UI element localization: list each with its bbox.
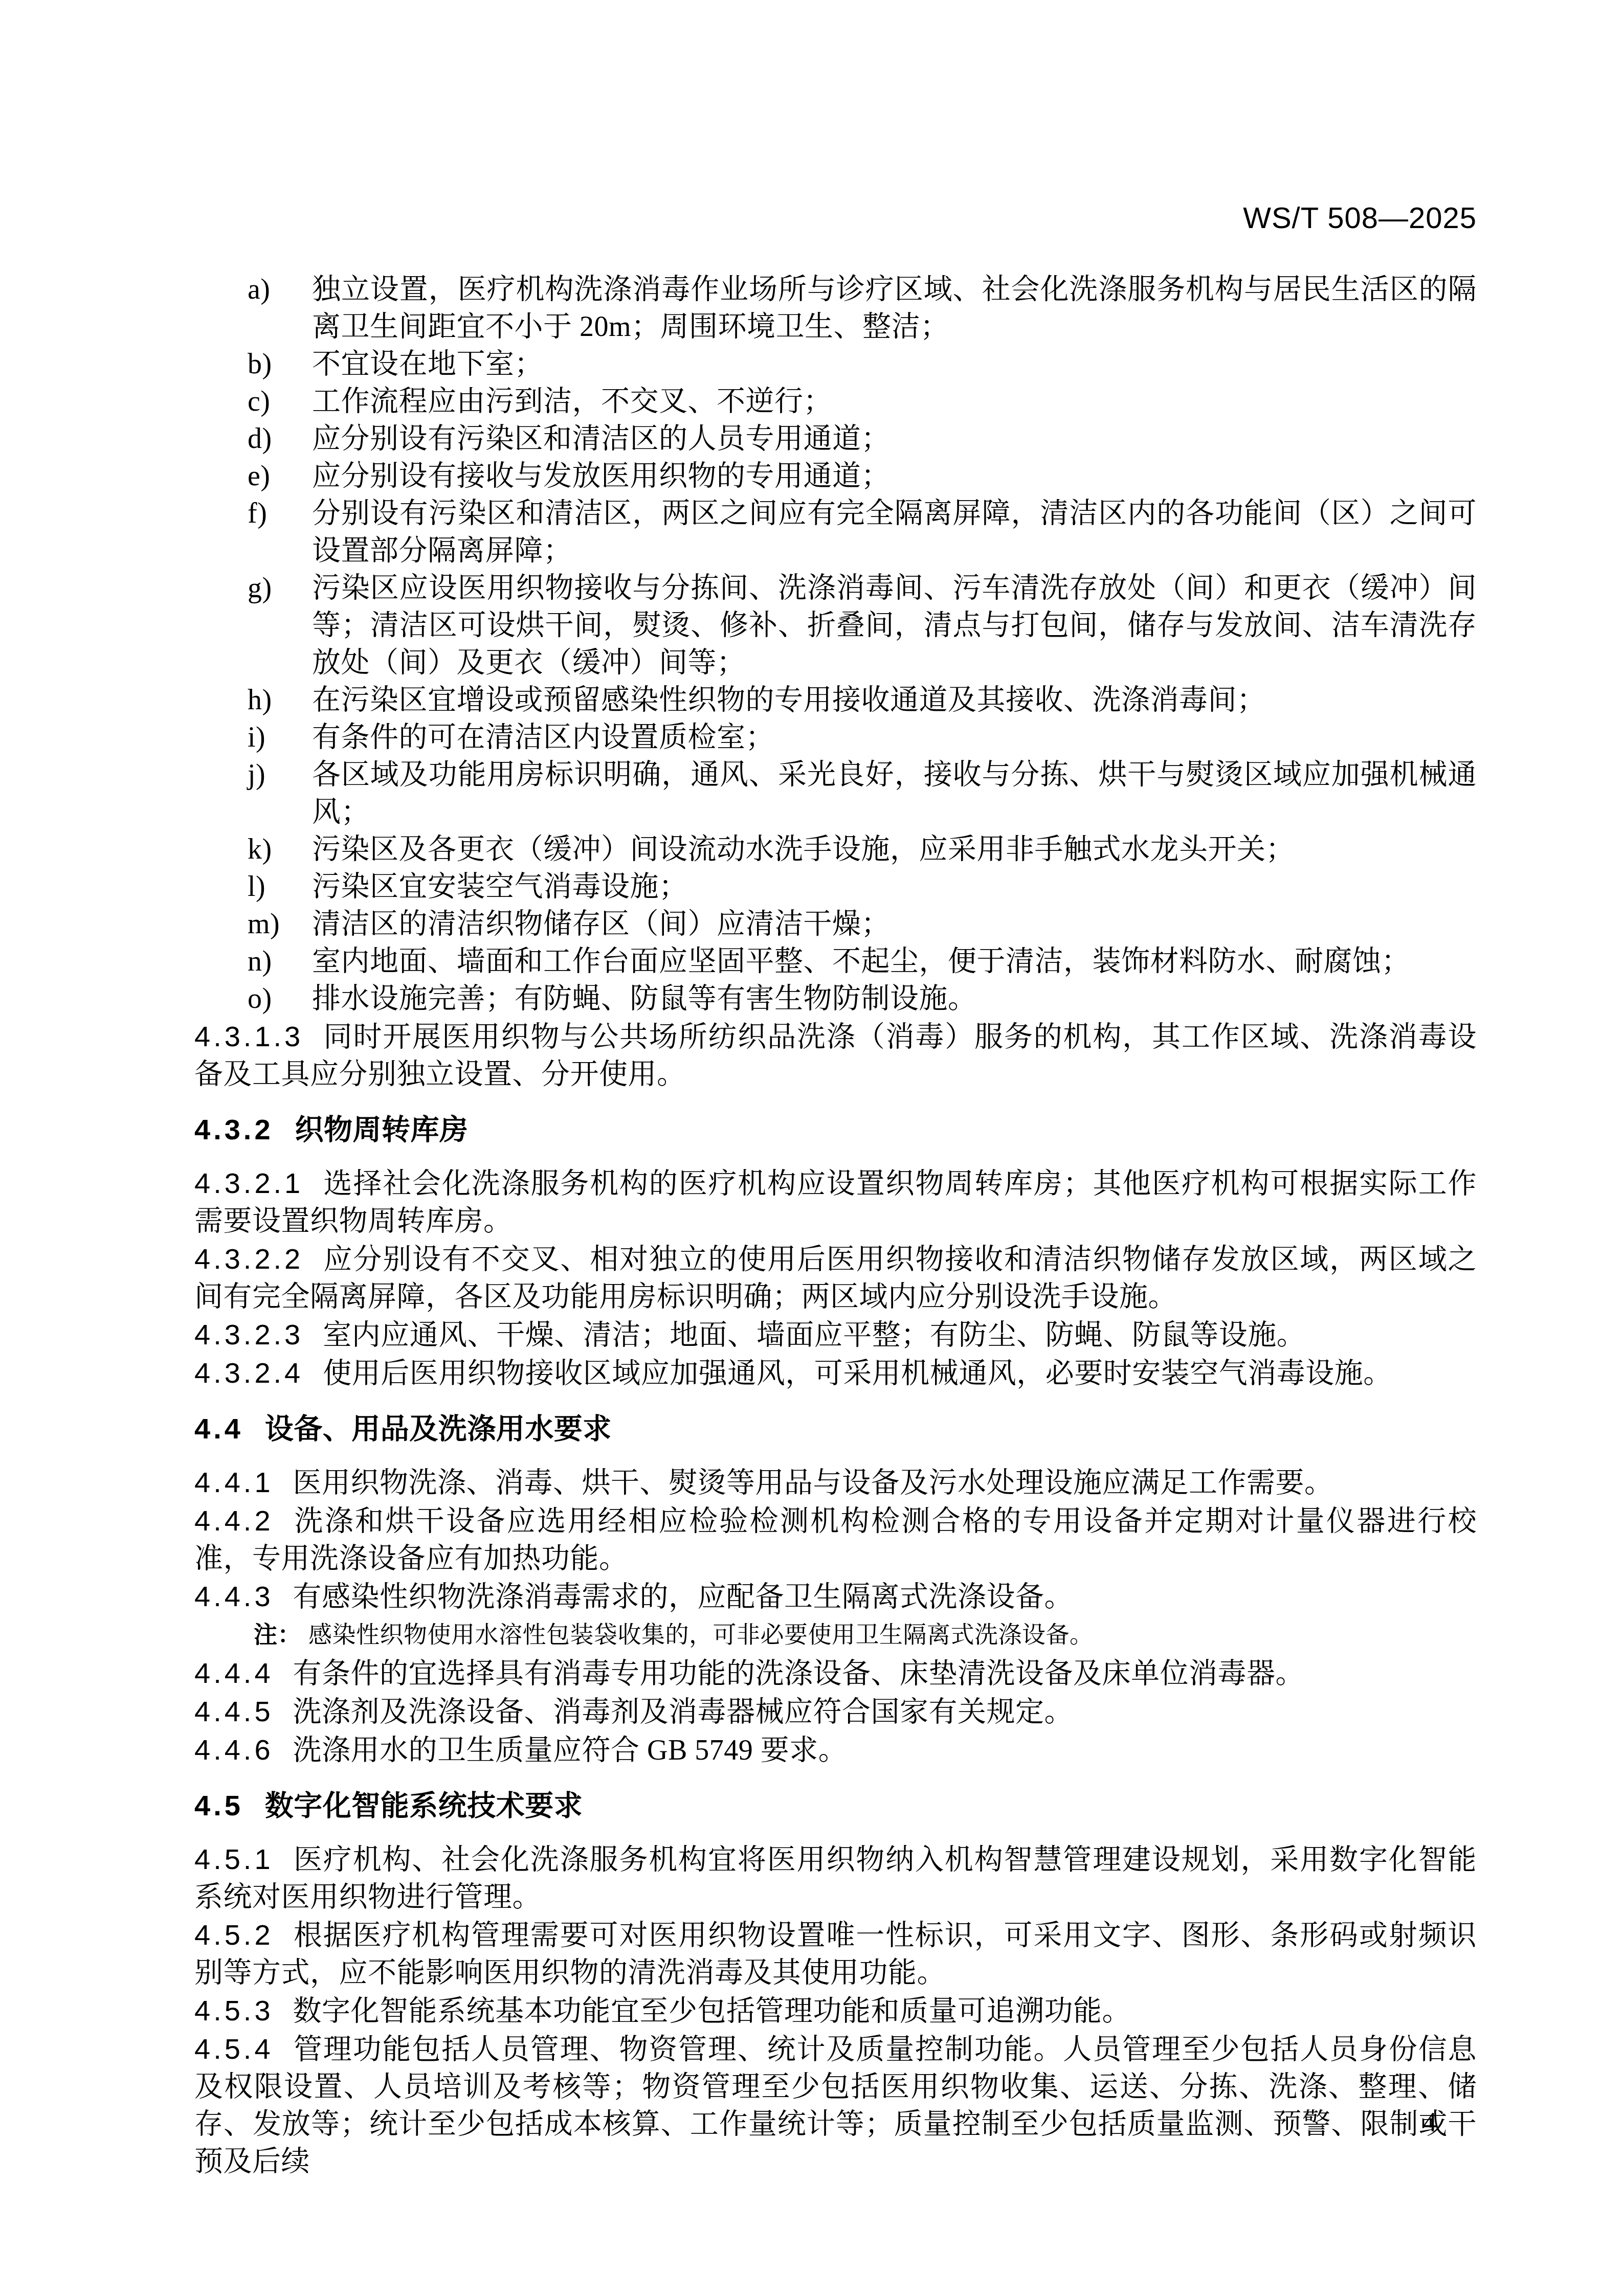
clause-text: 根据医疗机构管理需要可对医用织物设置唯一性标识，可采用文字、图形、条形码或射频识… xyxy=(194,1920,1477,1989)
list-item-text: 在污染区宜增设或预留感染性织物的专用接收通道及其接收、洗涤消毒间； xyxy=(312,684,1266,716)
list-item-d: d)应分别设有污染区和清洁区的人员专用通道； xyxy=(194,420,1477,458)
list-marker: k) xyxy=(248,831,272,868)
heading-number: 4.4 xyxy=(194,1412,243,1445)
clause-4-3-2-1: 4.3.2.1选择社会化洗涤服务机构的医疗机构应设置织物周转库房；其他医疗机构可… xyxy=(194,1164,1477,1240)
list-item-a: a)独立设置，医疗机构洗涤消毒作业场所与诊疗区域、社会化洗涤服务机构与居民生活区… xyxy=(194,271,1477,346)
list-item-n: n)室内地面、墙面和工作台面应坚固平整、不起尘，便于清洁，装饰材料防水、耐腐蚀； xyxy=(194,943,1477,980)
list-marker: h) xyxy=(248,682,272,719)
list-marker: a) xyxy=(248,271,271,308)
page-number: 4 xyxy=(1423,2108,1437,2136)
list-marker: o) xyxy=(248,980,272,1018)
list-marker: m) xyxy=(248,906,280,943)
list-item-k: k)污染区及各更衣（缓冲）间设流动水洗手设施，应采用非手触式水龙头开关； xyxy=(194,831,1477,868)
list-item-e: e)应分别设有接收与发放医用织物的专用通道； xyxy=(194,458,1477,495)
clause-number: 4.3.2.3 xyxy=(194,1318,303,1350)
list-marker: c) xyxy=(248,383,271,420)
clause-text: 使用后医用织物接收区域应加强通风，可采用机械通风，必要时安装空气消毒设施。 xyxy=(323,1358,1392,1389)
clause-4-5-3: 4.5.3数字化智能系统基本功能宜至少包括管理功能和质量可追溯功能。 xyxy=(194,1992,1477,2030)
heading-title: 织物周转库房 xyxy=(295,1113,469,1145)
clause-number: 4.4.3 xyxy=(194,1580,274,1612)
clause-number: 4.4.6 xyxy=(194,1734,274,1766)
clause-text: 有感染性织物洗涤消毒需求的，应配备卫生隔离式洗涤设备。 xyxy=(293,1581,1074,1613)
list-marker: g) xyxy=(248,570,272,607)
standard-code: WS/T 508—2025 xyxy=(1243,201,1477,235)
list-item-m: m)清洁区的清洁织物储存区（间）应清洁干燥； xyxy=(194,906,1477,943)
list-item-text: 清洁区的清洁织物储存区（间）应清洁干燥； xyxy=(312,908,890,940)
page: WS/T 508—2025 a)独立设置，医疗机构洗涤消毒作业场所与诊疗区域、社… xyxy=(194,200,1477,2180)
clause-text: 医疗机构、社会化洗涤服务机构宜将医用织物纳入机构智慧管理建设规划，采用数字化智能… xyxy=(194,1844,1477,1913)
list-item-text: 室内地面、墙面和工作台面应坚固平整、不起尘，便于清洁，装饰材料防水、耐腐蚀； xyxy=(312,946,1410,977)
heading-4-4: 4.4设备、用品及洗涤用水要求 xyxy=(194,1410,1477,1447)
list-item-text: 工作流程应由污到洁，不交叉、不逆行； xyxy=(312,386,832,417)
clause-4-5-2: 4.5.2根据医疗机构管理需要可对医用织物设置唯一性标识，可采用文字、图形、条形… xyxy=(194,1916,1477,1992)
document-page: { "document": { "standard_code": "WS/T 5… xyxy=(0,0,1624,2296)
list-item-text: 应分别设有接收与发放医用织物的专用通道； xyxy=(312,460,890,492)
list-item-f: f)分别设有污染区和清洁区，两区之间应有完全隔离屏障，清洁区内的各功能间（区）之… xyxy=(194,495,1477,570)
clause-number: 4.5.2 xyxy=(194,1919,274,1951)
clause-number: 4.4.5 xyxy=(194,1695,274,1727)
list-item-text: 分别设有污染区和清洁区，两区之间应有完全隔离屏障，清洁区内的各功能间（区）之间可… xyxy=(312,498,1477,567)
clause-4-3-1-3: 4.3.1.3同时开展医用织物与公共场所纺织品洗涤（消毒）服务的机构，其工作区域… xyxy=(194,1018,1477,1093)
note-4-4-3: 注：感染性织物使用水溶性包装袋收集的，可非必要使用卫生隔离式洗涤设备。 xyxy=(194,1618,1477,1651)
clause-number: 4.4.4 xyxy=(194,1657,274,1689)
clause-number: 4.3.2.1 xyxy=(194,1167,303,1199)
document-body: a)独立设置，医疗机构洗涤消毒作业场所与诊疗区域、社会化洗涤服务机构与居民生活区… xyxy=(194,271,1477,2180)
list-item-text: 独立设置，医疗机构洗涤消毒作业场所与诊疗区域、社会化洗涤服务机构与居民生活区的隔… xyxy=(312,274,1477,343)
clause-4-4-3: 4.4.3有感染性织物洗涤消毒需求的，应配备卫生隔离式洗涤设备。 xyxy=(194,1578,1477,1616)
list-marker: i) xyxy=(248,719,265,756)
list-item-text: 不宜设在地下室； xyxy=(312,348,543,380)
clause-4-4-2: 4.4.2洗涤和烘干设备应选用经相应检验检测机构检测合格的专用设备并定期对计量仪… xyxy=(194,1502,1477,1578)
list-item-text: 各区域及功能用房标识明确，通风、采光良好，接收与分拣、烘干与熨烫区域应加强机械通… xyxy=(312,759,1477,828)
list-item-text: 有条件的可在清洁区内设置质检室； xyxy=(312,722,774,753)
clause-number: 4.3.1.3 xyxy=(194,1020,303,1052)
list-item-c: c)工作流程应由污到洁，不交叉、不逆行； xyxy=(194,383,1477,420)
clause-text: 洗涤剂及洗涤设备、消毒剂及消毒器械应符合国家有关规定。 xyxy=(293,1696,1074,1728)
clause-4-4-4: 4.4.4有条件的宜选择具有消毒专用功能的洗涤设备、床垫清洗设备及床单位消毒器。 xyxy=(194,1654,1477,1693)
list-item-h: h)在污染区宜增设或预留感染性织物的专用接收通道及其接收、洗涤消毒间； xyxy=(194,682,1477,719)
clause-number: 4.5.3 xyxy=(194,1994,274,2027)
clause-text: 同时开展医用织物与公共场所纺织品洗涤（消毒）服务的机构，其工作区域、洗涤消毒设备… xyxy=(194,1021,1477,1090)
heading-4-3-2: 4.3.2织物周转库房 xyxy=(194,1111,1477,1148)
list-item-text: 排水设施完善；有防蝇、防鼠等有害生物防制设施。 xyxy=(312,983,977,1015)
list-item-o: o)排水设施完善；有防蝇、防鼠等有害生物防制设施。 xyxy=(194,980,1477,1018)
clause-4-3-2-3: 4.3.2.3室内应通风、干燥、清洁；地面、墙面应平整；有防尘、防蝇、防鼠等设施… xyxy=(194,1316,1477,1354)
list-item-b: b)不宜设在地下室； xyxy=(194,346,1477,383)
list-marker: b) xyxy=(248,346,272,383)
clause-number: 4.4.2 xyxy=(194,1504,274,1537)
heading-4-5: 4.5数字化智能系统技术要求 xyxy=(194,1787,1477,1824)
clause-text: 应分别设有不交叉、相对独立的使用后医用织物接收和清洁织物储存发放区域，两区域之间… xyxy=(194,1244,1477,1313)
clause-text: 管理功能包括人员管理、物资管理、统计及质量控制功能。人员管理至少包括人员身份信息… xyxy=(194,2034,1477,2177)
clause-number: 4.3.2.2 xyxy=(194,1243,303,1275)
clause-text: 选择社会化洗涤服务机构的医疗机构应设置织物周转库房；其他医疗机构可根据实际工作需… xyxy=(194,1168,1477,1237)
clause-number: 4.5.1 xyxy=(194,1843,274,1875)
heading-number: 4.5 xyxy=(194,1789,243,1821)
clause-4-3-2-4: 4.3.2.4使用后医用织物接收区域应加强通风，可采用机械通风，必要时安装空气消… xyxy=(194,1354,1477,1392)
clause-4-5-4: 4.5.4管理功能包括人员管理、物资管理、统计及质量控制功能。人员管理至少包括人… xyxy=(194,2030,1477,2180)
list-marker: l) xyxy=(248,868,265,906)
list-item-text: 污染区宜安装空气消毒设施； xyxy=(312,871,688,903)
list-item-text: 污染区应设医用织物接收与分拣间、洗涤消毒间、污车清洗存放处（间）和更衣（缓冲）间… xyxy=(312,572,1477,679)
heading-number: 4.3.2 xyxy=(194,1113,274,1145)
heading-title: 数字化智能系统技术要求 xyxy=(265,1789,583,1821)
note-text: 感染性织物使用水溶性包装袋收集的，可非必要使用卫生隔离式洗涤设备。 xyxy=(308,1622,1094,1648)
clause-4-5-1: 4.5.1医疗机构、社会化洗涤服务机构宜将医用织物纳入机构智慧管理建设规划，采用… xyxy=(194,1840,1477,1916)
clause-4-3-2-2: 4.3.2.2应分别设有不交叉、相对独立的使用后医用织物接收和清洁织物储存发放区… xyxy=(194,1240,1477,1316)
note-label: 注： xyxy=(254,1621,301,1648)
clause-text: 洗涤用水的卫生质量应符合 GB 5749 要求。 xyxy=(293,1735,848,1766)
list-marker: d) xyxy=(248,420,272,458)
clause-text: 有条件的宜选择具有消毒专用功能的洗涤设备、床垫清洗设备及床单位消毒器。 xyxy=(293,1658,1305,1690)
clause-number: 4.4.1 xyxy=(194,1466,274,1498)
list-marker: e) xyxy=(248,458,271,495)
list-item-i: i)有条件的可在清洁区内设置质检室； xyxy=(194,719,1477,756)
clause-number: 4.5.4 xyxy=(194,2033,274,2065)
clause-text: 数字化智能系统基本功能宜至少包括管理功能和质量可追溯功能。 xyxy=(293,1995,1131,2027)
list-item-g: g)污染区应设医用织物接收与分拣间、洗涤消毒间、污车清洗存放处（间）和更衣（缓冲… xyxy=(194,570,1477,682)
list-item-text: 污染区及各更衣（缓冲）间设流动水洗手设施，应采用非手触式水龙头开关； xyxy=(312,834,1295,865)
clause-4-4-5: 4.4.5洗涤剂及洗涤设备、消毒剂及消毒器械应符合国家有关规定。 xyxy=(194,1693,1477,1731)
clause-text: 洗涤和烘干设备应选用经相应检验检测机构检测合格的专用设备并定期对计量仪器进行校准… xyxy=(194,1505,1477,1574)
clause-text: 医用织物洗涤、消毒、烘干、熨烫等用品与设备及污水处理设施应满足工作需要。 xyxy=(293,1467,1333,1499)
clause-number: 4.3.2.4 xyxy=(194,1357,303,1389)
clause-4-4-6: 4.4.6洗涤用水的卫生质量应符合 GB 5749 要求。 xyxy=(194,1731,1477,1769)
clause-4-4-1: 4.4.1医用织物洗涤、消毒、烘干、熨烫等用品与设备及污水处理设施应满足工作需要… xyxy=(194,1464,1477,1502)
list-marker: n) xyxy=(248,943,272,980)
list-marker: j) xyxy=(248,756,265,794)
clause-text: 室内应通风、干燥、清洁；地面、墙面应平整；有防尘、防蝇、防鼠等设施。 xyxy=(323,1319,1305,1351)
list-item-text: 应分别设有污染区和清洁区的人员专用通道； xyxy=(312,423,890,455)
list-item-j: j)各区域及功能用房标识明确，通风、采光良好，接收与分拣、烘干与熨烫区域应加强机… xyxy=(194,756,1477,831)
document-header: WS/T 508—2025 xyxy=(194,200,1477,236)
list-item-l: l)污染区宜安装空气消毒设施； xyxy=(194,868,1477,906)
list-marker: f) xyxy=(248,495,267,532)
heading-title: 设备、用品及洗涤用水要求 xyxy=(265,1412,612,1445)
